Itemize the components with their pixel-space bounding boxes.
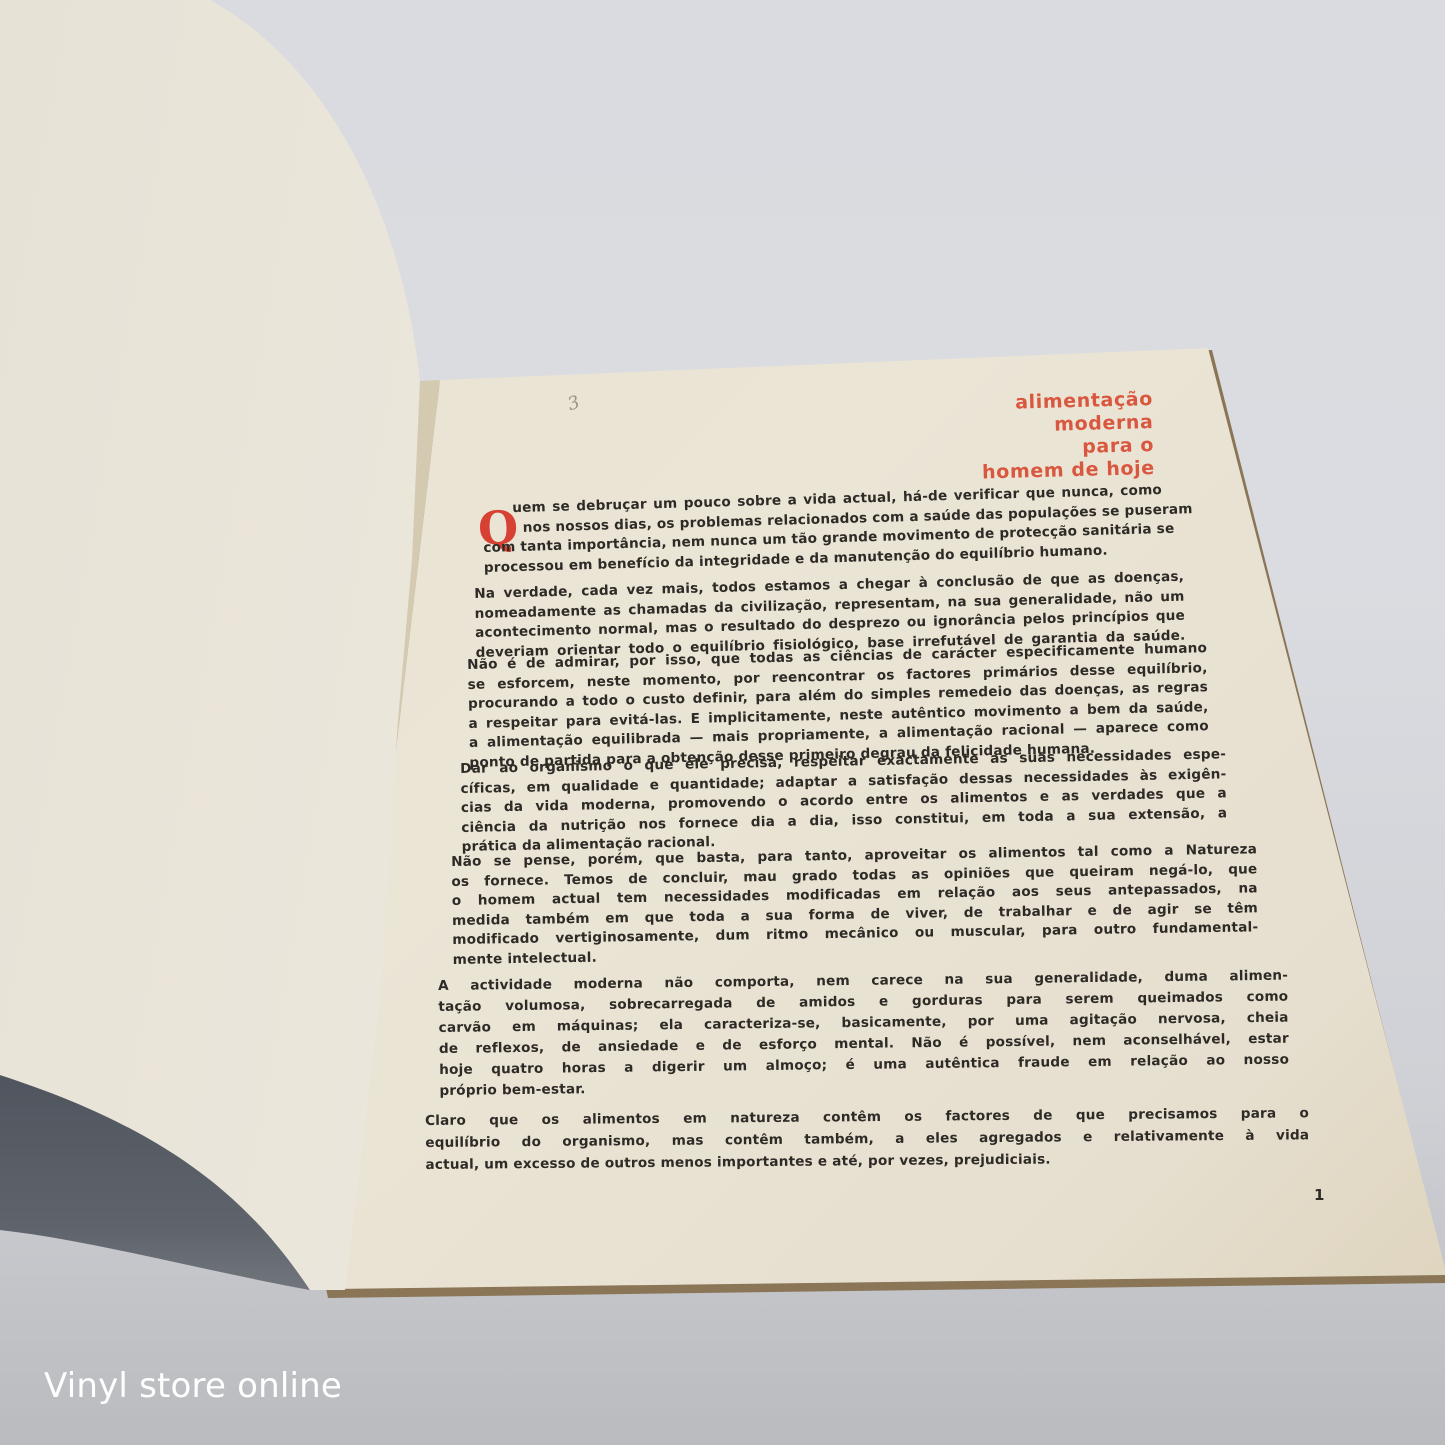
booklet [0, 0, 1445, 1445]
watermark-text: Vinyl store online [44, 1366, 342, 1406]
